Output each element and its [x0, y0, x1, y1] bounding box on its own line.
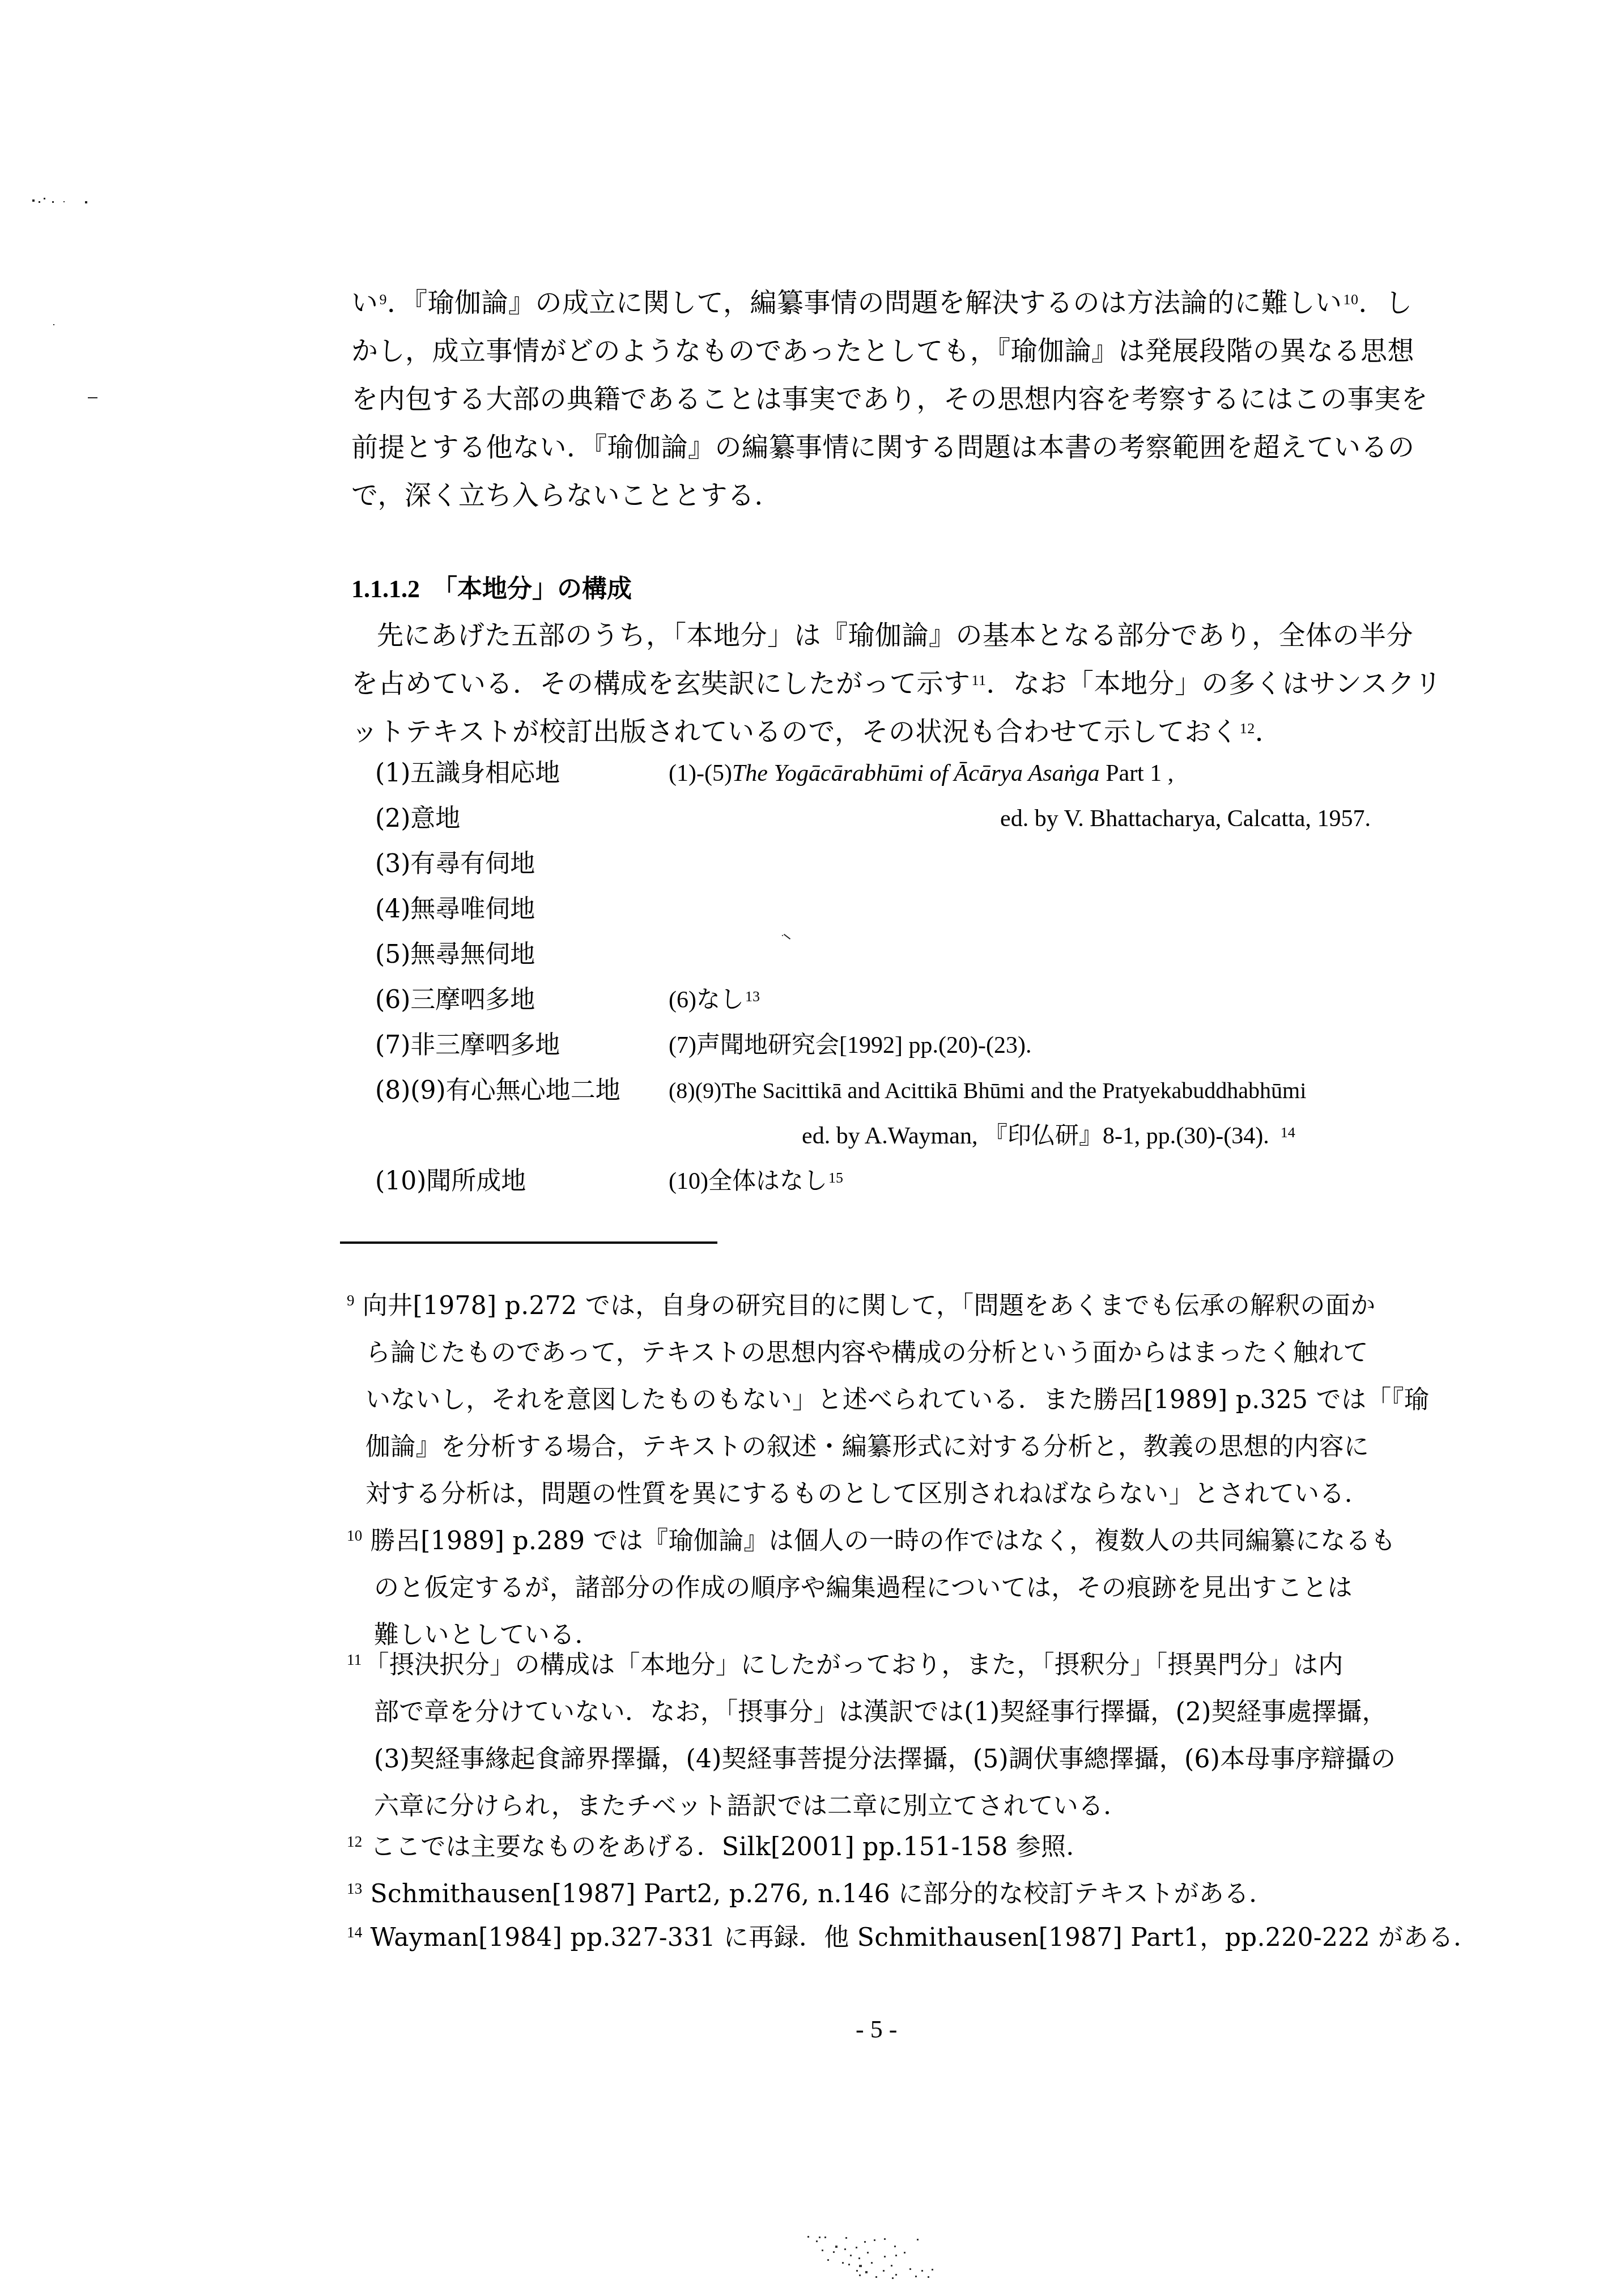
text-run: ．『瑜伽論』の成立に関して，編纂事情の問題を解決するのは方法論的に難しい [387, 287, 1342, 318]
text-run: 向井[1978] p.272 では，自身の研究目的に関して，「問題をあくまでも伝… [363, 1291, 1376, 1320]
edition-entry: (7)声聞地研究会[1992] pp.(20)-(23). [669, 1028, 1031, 1062]
text-run: 「摂決択分」の構成は「本地分」にしたがっており，また，「摂釈分」「摂異門分」は内 [364, 1651, 1344, 1680]
bhumi-item: (6)三摩呬多地 [375, 983, 535, 1017]
text-run: 勝呂[1989] p.289 では『瑜伽論』は個人の一時の作ではなく，複数人の共… [371, 1527, 1396, 1555]
text-run: を占めている．その構成を玄奘訳にしたがって示す [351, 668, 971, 699]
text-run: (10)全体はなし [669, 1168, 827, 1194]
text-run: ．なお「本地分」の多くはサンスクリ [987, 668, 1442, 699]
bhumi-item: (1)五識身相応地 [375, 756, 560, 790]
book-title: The Yogācārabhūmi of Ācārya Asaṅga [732, 760, 1100, 786]
text-run: ． [1255, 716, 1282, 747]
footnote-mark: 14 [347, 1924, 363, 1941]
section-number: 1.1.1.2 [351, 575, 420, 603]
footnote-ref[interactable]: 12 [1240, 720, 1255, 737]
text-run: (1)-(5) [669, 760, 732, 786]
scan-speck [63, 201, 65, 202]
text-run: ．し [1359, 287, 1413, 318]
section-title: 「本地分」の構成 [432, 575, 632, 603]
footnote-ref[interactable]: 14 [1281, 1124, 1295, 1141]
text-run: ここでは主要なものをあげる．Silk[2001] pp.151-158 参照． [371, 1832, 1091, 1861]
scan-speck [784, 934, 790, 939]
footnote-line: いないし，それを意図したものもない」と述べられている．また勝呂[1989] p.… [365, 1383, 1429, 1417]
footnote-mark: 11 [347, 1651, 362, 1668]
text-run: Schmithausen[1987] Part2, p.276, n.146 に… [371, 1880, 1274, 1908]
footnote-ref[interactable]: 13 [745, 988, 760, 1005]
bhumi-item: (10)聞所成地 [375, 1164, 526, 1198]
footnote-line: (3)契経事緣起食諦界擇攝，(4)契経事菩提分法擇攝，(5)調伏事總擇攝，(6)… [374, 1742, 1396, 1776]
text-run: ed. by A.Wayman, 『印仏研』8-1, pp.(30)-(34). [802, 1123, 1269, 1149]
text-run: Wayman[1984] pp.327-331 に再録．他 Schmithaus… [371, 1923, 1479, 1952]
footnote-line: 難しいとしている． [374, 1618, 600, 1652]
bhumi-item: (4)無尋唯伺地 [375, 892, 535, 926]
bhumi-item: (3)有尋有伺地 [375, 847, 535, 881]
footnote-10: 10勝呂[1989] p.289 では『瑜伽論』は個人の一時の作ではなく，複数人… [347, 1524, 1396, 1558]
text-run: い [351, 287, 379, 318]
body-line: かし，成立事情がどのようなものであったとしても，『瑜伽論』は発展段階の異なる思想 [351, 334, 1414, 368]
footnote-divider [340, 1241, 717, 1244]
footnote-line: 六章に分けられ，またチベット語訳では二章に別立てされている． [374, 1789, 1129, 1823]
footnote-line: 部で章を分けていない．なお，「摂事分」は漢訳では(1)契経事行擇攝，(2)契経事… [374, 1695, 1387, 1729]
footnote-14: 14Wayman[1984] pp.327-331 に再録．他 Schmitha… [347, 1921, 1478, 1955]
footnote-mark: 12 [347, 1833, 363, 1850]
footnote-ref[interactable]: 11 [972, 672, 987, 688]
footnote-11: 11「摂決択分」の構成は「本地分」にしたがっており，また，「摂釈分」「摂異門分」… [347, 1648, 1344, 1682]
footnote-line: のと仮定するが，諸部分の作成の順序や編集過程については，その痕跡を見出すことは [374, 1571, 1353, 1605]
text-run: (6)なし [669, 987, 744, 1013]
bhumi-item: (8)(9)有心無心地二地 [375, 1074, 620, 1108]
footnote-line: ら論じたものであって，テキストの思想内容や構成の分析という面からはまったく触れて [365, 1336, 1368, 1370]
footnote-mark: 13 [347, 1880, 363, 1897]
body-line: ットテキストが校訂出版されているので，その状況も合わせて示しておく12． [351, 715, 1282, 749]
scan-speck [53, 324, 54, 325]
footnote-9: 9向井[1978] p.272 では，自身の研究目的に関して，「問題をあくまでも… [347, 1289, 1375, 1323]
bhumi-item: (5)無尋無伺地 [375, 938, 535, 972]
body-line: 先にあげた五部のうち，「本地分」は『瑜伽論』の基本となる部分であり，全体の半分 [377, 619, 1413, 653]
body-line: を占めている．その構成を玄奘訳にしたがって示す11．なお「本地分」の多くはサンス… [351, 667, 1442, 701]
scan-speck [85, 201, 87, 203]
scan-speck [44, 198, 45, 199]
document-page: い9．『瑜伽論』の成立に関して，編纂事情の問題を解決するのは方法論的に難しい10… [0, 0, 1624, 2296]
text-run: ットテキストが校訂出版されているので，その状況も合わせて示しておく [351, 716, 1239, 747]
footnote-mark: 10 [347, 1527, 363, 1544]
footnote-ref[interactable]: 10 [1344, 291, 1359, 308]
footnote-12: 12ここでは主要なものをあげる．Silk[2001] pp.151-158 参照… [347, 1830, 1091, 1864]
edition-entry-continuation: ed. by A.Wayman, 『印仏研』8-1, pp.(30)-(34).… [802, 1119, 1295, 1153]
footnote-mark: 9 [347, 1292, 355, 1309]
bhumi-item: (2)意地 [375, 802, 460, 836]
edition-entry: (10)全体はなし15 [669, 1164, 843, 1198]
scan-speck [88, 397, 97, 398]
scan-speck [52, 201, 54, 203]
body-line: で，深く立ち入らないこととする． [351, 479, 781, 513]
scan-speck [39, 201, 40, 203]
footnote-line: 伽論』を分析する場合，テキストの叙述・編纂形式に対する分析と，教義の思想的内容に [365, 1430, 1369, 1464]
edition-entry-continuation: ed. by V. Bhattacharya, Calcatta, 1957. [1000, 802, 1371, 836]
footnote-13: 13Schmithausen[1987] Part2, p.276, n.146… [347, 1877, 1274, 1911]
body-line: 前提とする他ない．『瑜伽論』の編纂事情に関する問題は本書の考察範囲を超えているの [351, 431, 1415, 465]
scan-speck [782, 935, 784, 937]
footnote-ref[interactable]: 9 [380, 291, 388, 308]
body-line: い9．『瑜伽論』の成立に関して，編纂事情の問題を解決するのは方法論的に難しい10… [351, 286, 1413, 320]
bhumi-item: (7)非三摩呬多地 [375, 1028, 560, 1062]
footnote-line: 対する分析は，問題の性質を異にするものとして区別されねばならない」とされている． [365, 1477, 1370, 1511]
body-line: を内包する大部の典籍であることは事実であり，その思想内容を考察するにはこの事実を [351, 382, 1428, 416]
edition-entry: (8)(9)The Sacittikā and Acittikā Bhūmi a… [669, 1074, 1306, 1108]
page-number: - 5 - [856, 2013, 897, 2047]
footnote-ref[interactable]: 15 [828, 1170, 843, 1186]
section-heading: 1.1.1.2「本地分」の構成 [351, 572, 632, 606]
scan-speck [32, 199, 35, 202]
edition-entry: (6)なし13 [669, 983, 760, 1017]
edition-entry: (1)-(5)The Yogācārabhūmi of Ācārya Asaṅg… [669, 756, 1174, 790]
text-run: Part 1 , [1100, 760, 1174, 786]
